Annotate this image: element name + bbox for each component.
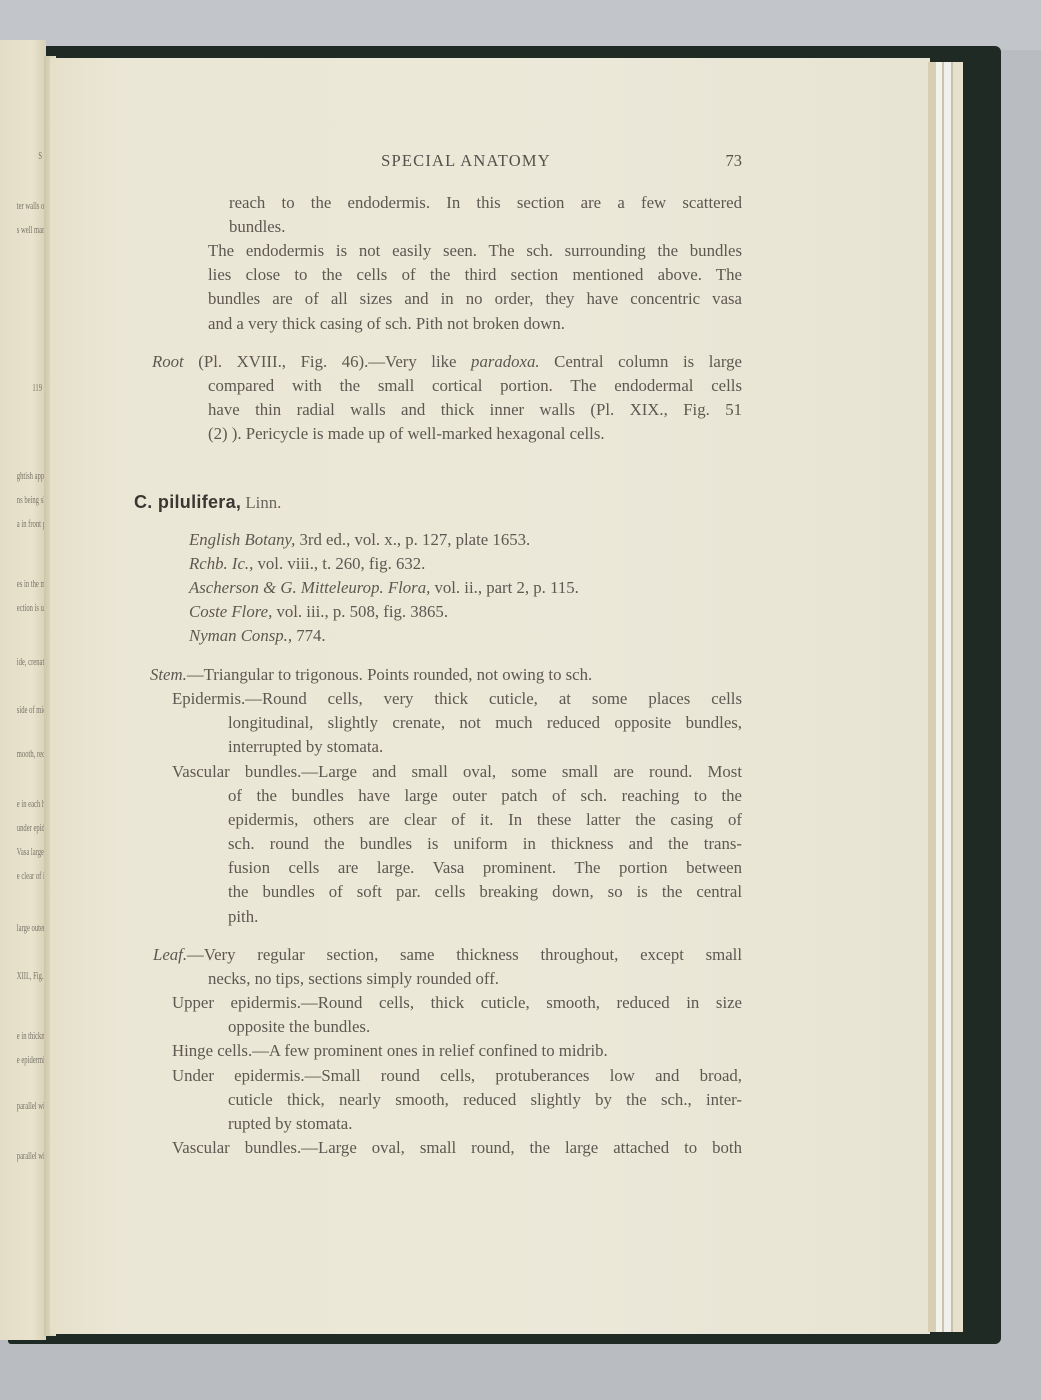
leaf-heading-line: Leaf.—Very regular section, same thickne… bbox=[153, 943, 742, 967]
left-page-text-fragment: e clear of it o bbox=[17, 870, 42, 882]
text-line: Hinge cells.—A few prominent ones in rel… bbox=[172, 1039, 608, 1063]
left-page-text-fragment: ter walls on all bbox=[17, 200, 42, 212]
left-page-text-fragment: XIII., Fig. 51 ( bbox=[17, 970, 42, 982]
text-line: pith. bbox=[228, 905, 258, 929]
left-page-text-fragment: parallel with the bbox=[17, 1150, 42, 1162]
reference-item: English Botany, 3rd ed., vol. x., p. 127… bbox=[189, 528, 530, 552]
left-page-text-fragment: parallel with int bbox=[17, 1100, 42, 1112]
left-page-text-fragment: ection is uniform bbox=[17, 602, 42, 614]
text-line: have thin radial walls and thick inner w… bbox=[208, 398, 742, 422]
text-line: Under epidermis.—Small round cells, prot… bbox=[172, 1064, 742, 1088]
species-authority: Linn. bbox=[241, 493, 281, 512]
left-page-text-fragment: e in thickness f bbox=[17, 1030, 42, 1042]
left-page-text-fragment: ghtish appearan bbox=[17, 470, 42, 482]
left-page-text-fragment: mooth, reduced by bbox=[17, 748, 42, 760]
left-page-text-fragment: es in the mark bbox=[17, 578, 42, 590]
text-line: Vascular bundles.—Large and small oval, … bbox=[172, 760, 742, 784]
left-page-text-fragment: 119 bbox=[17, 382, 42, 394]
root-heading-line: Root (Pl. XVIII., Fig. 46).—Very like pa… bbox=[152, 350, 742, 374]
left-page-text-fragment: e epidermis or bbox=[17, 1054, 42, 1066]
text-line: fusion cells are large. Vasa prominent. … bbox=[228, 856, 742, 880]
left-page-text-fragment: ide, crenate, wit bbox=[17, 656, 42, 668]
left-page-text-fragment: ns being slightly bbox=[17, 494, 42, 506]
reference-item: Nyman Consp., 774. bbox=[189, 624, 326, 648]
left-page-text-fragment: a in front part o bbox=[17, 518, 42, 530]
page-number: 73 bbox=[726, 151, 743, 171]
leaf-label: Leaf. bbox=[153, 945, 187, 964]
text-line: The endodermis is not easily seen. The s… bbox=[208, 239, 742, 263]
text-line: and a very thick casing of sch. Pith not… bbox=[208, 312, 565, 336]
backdrop bbox=[0, 0, 1041, 50]
text-line: longitudinal, slightly crenate, not much… bbox=[228, 711, 742, 735]
text-line: Upper epidermis.—Round cells, thick cuti… bbox=[172, 991, 742, 1015]
text-line: (2) ). Pericycle is made up of well-mark… bbox=[208, 422, 605, 446]
left-page-text-fragment: s well marked ari bbox=[17, 224, 42, 236]
root-label: Root bbox=[152, 352, 184, 371]
text-line: cuticle thick, nearly smooth, reduced sl… bbox=[228, 1088, 742, 1112]
reference-item: Ascherson & G. Mitteleurop. Flora, vol. … bbox=[189, 576, 579, 600]
species-heading: C. pilulifera, Linn. bbox=[134, 490, 281, 515]
text-line: compared with the small cortical portion… bbox=[208, 374, 742, 398]
text-line: bundles are of all sizes and in no order… bbox=[208, 287, 742, 311]
text-line: the bundles of soft par. cells breaking … bbox=[228, 880, 742, 904]
page-header: SPECIAL ANATOMY 73 bbox=[130, 151, 742, 173]
species-name: C. pilulifera, bbox=[134, 492, 241, 512]
page-edges bbox=[928, 62, 970, 1332]
running-title: SPECIAL ANATOMY bbox=[130, 151, 742, 171]
text-line: necks, no tips, sections simply rounded … bbox=[208, 967, 499, 991]
text-line: Vascular bundles.—Large oval, small roun… bbox=[172, 1136, 742, 1160]
stem-heading-line: Stem.—Triangular to trigonous. Points ro… bbox=[150, 663, 592, 687]
text-line: bundles. bbox=[229, 215, 285, 239]
left-page-text-fragment: side of midrib; so bbox=[17, 704, 42, 716]
reference-item: Coste Flore, vol. iii., p. 508, fig. 386… bbox=[189, 600, 448, 624]
text-line: of the bundles have large outer patch of… bbox=[228, 784, 742, 808]
text-line: epidermis, others are clear of it. In th… bbox=[228, 808, 742, 832]
text-line: sch. round the bundles is uniform in thi… bbox=[228, 832, 742, 856]
left-page-text-fragment: e in each half o bbox=[17, 798, 42, 810]
left-page-edge: Ster walls on alls well marked ari119ght… bbox=[0, 40, 46, 1340]
text-line: Epidermis.—Round cells, very thick cutic… bbox=[172, 687, 742, 711]
text-line: opposite the bundles. bbox=[228, 1015, 370, 1039]
left-page-text-fragment: under epiderm bbox=[17, 822, 42, 834]
left-page-text-fragment: S bbox=[17, 150, 42, 162]
left-page-text-fragment: large outer patc bbox=[17, 922, 42, 934]
text-line: reach to the endodermis. In this section… bbox=[229, 191, 742, 215]
text-line: interrupted by stomata. bbox=[228, 735, 383, 759]
reference-item: Rchb. Ic., vol. viii., t. 260, fig. 632. bbox=[189, 552, 425, 576]
left-page-text-fragment: Vasa large. bbox=[17, 846, 42, 858]
stem-label: Stem. bbox=[150, 665, 187, 684]
text-line: rupted by stomata. bbox=[228, 1112, 352, 1136]
text-line: lies close to the cells of the third sec… bbox=[208, 263, 742, 287]
